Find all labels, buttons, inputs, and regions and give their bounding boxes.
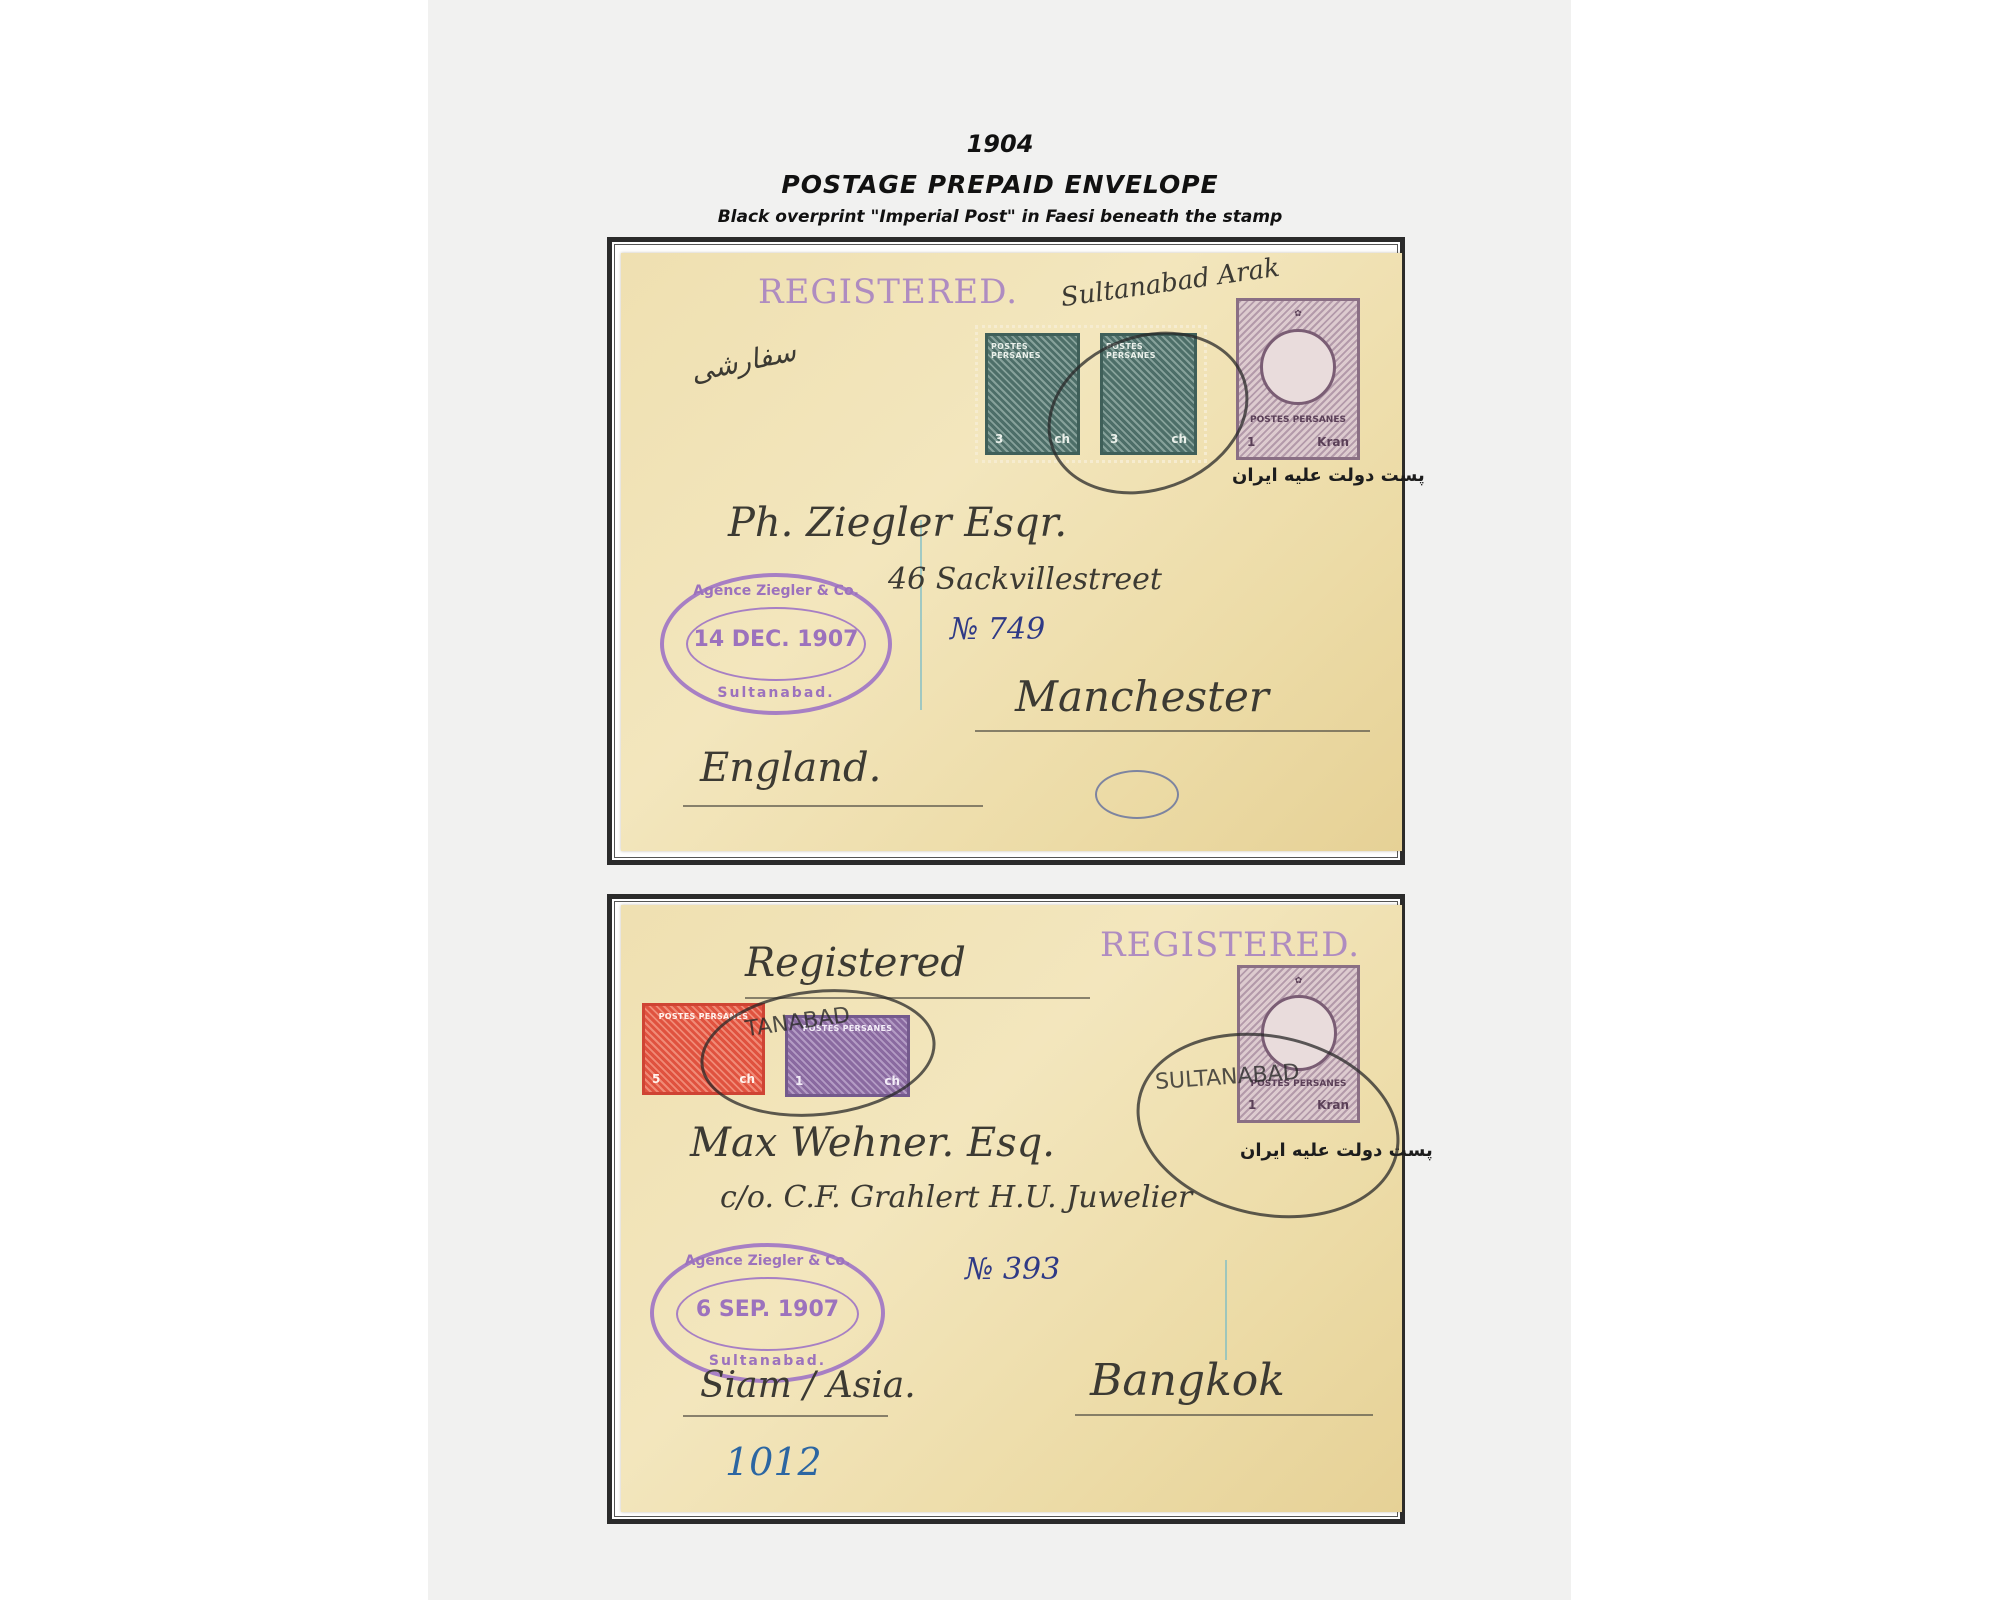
registration-number: № 393 bbox=[965, 1252, 1060, 1287]
country-underline bbox=[683, 805, 983, 807]
agency-oval-handstamp: Agence Ziegler & Co. 6 SEP. 1907 Sultana… bbox=[650, 1243, 885, 1383]
receipt-number: 1012 bbox=[725, 1440, 822, 1484]
printed-indicium-1kran: ✿ POSTES PERSANES 1Kran bbox=[1236, 298, 1360, 460]
indicium-unit: Kran bbox=[1317, 435, 1349, 449]
country-underline bbox=[683, 1415, 888, 1417]
address-country: England. bbox=[700, 745, 881, 791]
scribbled-initials bbox=[1095, 770, 1179, 819]
agency-date: 6 SEP. 1907 bbox=[654, 1297, 881, 1322]
page-subtitle: Black overprint "Imperial Post" in Faesi… bbox=[0, 207, 2000, 227]
agency-date: 14 DEC. 1907 bbox=[664, 627, 888, 652]
city-underline bbox=[1075, 1414, 1373, 1416]
address-street: 46 Sackvillestreet bbox=[888, 562, 1162, 597]
imperial-post-overprint: پست دولت علیه ایران bbox=[1232, 465, 1425, 486]
addressee-name: Ph. Ziegler Esqr. bbox=[728, 500, 1067, 546]
lion-and-sun-crest-icon bbox=[1260, 329, 1336, 405]
address-city: Manchester bbox=[1015, 672, 1269, 721]
agency-city: Sultanabad. bbox=[664, 685, 888, 701]
page-title: POSTAGE PREPAID ENVELOPE bbox=[0, 170, 2000, 199]
stamp-value: 5 bbox=[652, 1072, 660, 1086]
registered-handstamp: REGISTERED. bbox=[758, 272, 1018, 312]
page-year: 1904 bbox=[0, 130, 2000, 158]
agency-oval-handstamp: Agence Ziegler & Co. 14 DEC. 1907 Sultan… bbox=[660, 573, 892, 715]
address-country: Siam / Asia. bbox=[700, 1365, 916, 1406]
indicium-value: 1 bbox=[1247, 435, 1255, 449]
registration-crayon-line bbox=[920, 520, 922, 710]
indicium-top: ✿ bbox=[1295, 976, 1303, 986]
registration-number: № 749 bbox=[950, 612, 1045, 647]
address-underline bbox=[975, 730, 1370, 732]
registered-handstamp: REGISTERED. bbox=[1100, 925, 1360, 965]
indicium-inscription: POSTES PERSANES bbox=[1250, 415, 1346, 425]
addressee-name: Max Wehner. Esq. bbox=[690, 1120, 1055, 1166]
agency-name: Agence Ziegler & Co. bbox=[654, 1253, 881, 1269]
agency-name: Agence Ziegler & Co. bbox=[664, 583, 888, 599]
stamp-inscription: POSTES PERSANES bbox=[991, 342, 1074, 360]
registration-crayon-line bbox=[1225, 1260, 1227, 1360]
stamp-value: 3 bbox=[995, 432, 1003, 446]
address-care-of: c/o. C.F. Grahlert H.U. Juwelier bbox=[720, 1180, 1192, 1215]
indicium-top: ✿ bbox=[1294, 309, 1302, 319]
address-city: Bangkok bbox=[1090, 1355, 1285, 1406]
registered-handwritten: Registered bbox=[745, 940, 966, 986]
